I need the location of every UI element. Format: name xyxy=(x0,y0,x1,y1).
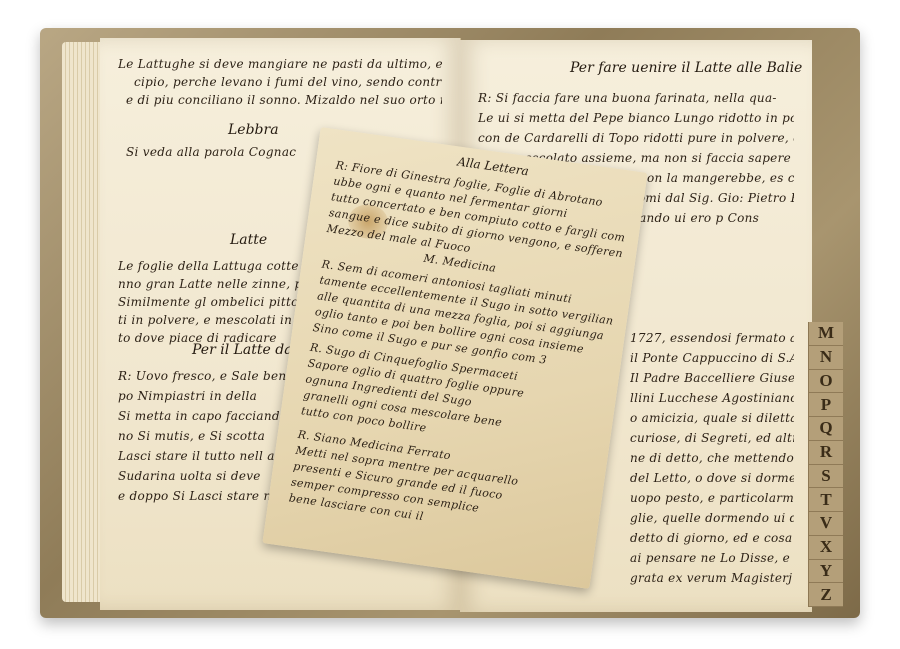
text-line: uopo pesto, e particolarmente di una Don xyxy=(630,490,794,506)
index-tab: V xyxy=(809,512,843,536)
index-tab: M xyxy=(809,322,843,346)
text-line: curiose, di Segreti, ed altre dottrine xyxy=(630,430,794,446)
index-tab: O xyxy=(809,370,843,394)
text-line: con de Cardarelli di Topo ridotti pure i… xyxy=(478,130,794,146)
index-tab: N xyxy=(809,346,843,370)
text-line: e di piu conciliano il sonno. Mizaldo ne… xyxy=(126,92,442,108)
index-tab: Y xyxy=(809,560,843,584)
text-line: o amicizia, quale si dilettava xyxy=(630,410,794,426)
text-line: glie, quelle dormendo ui dice tutto xyxy=(630,510,794,526)
index-tab: Z xyxy=(809,583,843,607)
loose-letter: Alla Lettera R: Fiore di Ginestra foglie… xyxy=(262,127,647,589)
text-line: ai pensare ne Lo Disse, e cio ad ue xyxy=(630,550,794,566)
index-tab: S xyxy=(809,465,843,489)
page-title: Per fare uenire il Latte alle Balie xyxy=(570,60,802,76)
text-line: il Ponte Cappuccino di S.A.R. xyxy=(630,350,794,366)
text-line: llini Lucchese Agostiniano, e con xyxy=(630,390,794,406)
text-line: del Letto, o dove si dorme, tre fo xyxy=(630,470,794,486)
manuscript-photo: Le Lattughe si deve mangiare ne pasti da… xyxy=(0,0,900,649)
section-heading: Latte xyxy=(230,232,267,248)
text-line: grata ex verum Magisterj xyxy=(630,570,794,586)
text-line: detto di giorno, ed e cosa verissima, e … xyxy=(630,530,794,546)
text-line: R: Si faccia fare una buona farinata, ne… xyxy=(478,90,794,106)
text-line: 1727, essendosi fermato al xyxy=(630,330,794,346)
letter-title: Alla Lettera xyxy=(456,154,529,178)
text-line: ne di detto, che mettendo Sotto il xyxy=(630,450,794,466)
index-tab: R xyxy=(809,441,843,465)
index-tab: P xyxy=(809,393,843,417)
text-line: cipio, perche levano i fumi del vino, se… xyxy=(134,74,442,90)
text-line: Le Lattughe si deve mangiare ne pasti da… xyxy=(118,56,442,72)
alphabet-index-tabs: M N O P Q R S T V X Y Z xyxy=(808,322,843,607)
text-line: Le ui si metta del Pepe bianco Lungo rid… xyxy=(478,110,794,126)
index-tab: Q xyxy=(809,417,843,441)
text-line: Il Padre Baccelliere Giuseppe xyxy=(630,370,794,386)
section-heading: Lebbra xyxy=(228,122,279,138)
index-tab: T xyxy=(809,488,843,512)
index-tab: X xyxy=(809,536,843,560)
